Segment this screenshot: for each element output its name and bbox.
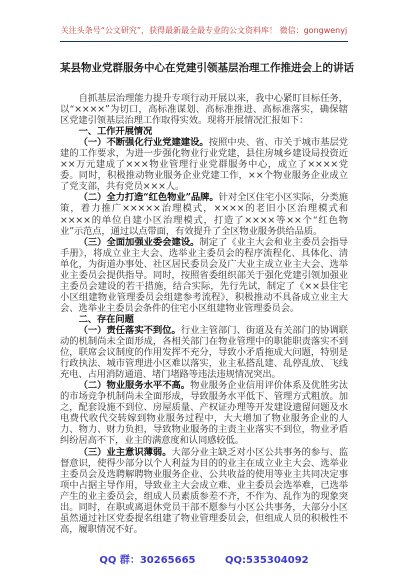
footer-contact: QQ 群：30265665 QQ:535304092 [0, 551, 408, 566]
section-heading-work-progress: 一、工作开展情况 [60, 126, 348, 137]
paragraph-red-property-brand: （二）全力打造“红色物业”品牌。针对全区住宅小区实际，分类施策，着力推广××××… [60, 192, 348, 236]
paragraph-lead: （一）不断强化行业党建建设。 [79, 137, 209, 148]
header-notice-text: 关注头条号“公文研究”，获得最新最全最专业的公文资料库！ 微信：gongweny… [61, 26, 347, 35]
paragraph-lead: （二）物业服务水平不高。 [79, 380, 191, 391]
paragraph-text: 大部分业主缺乏对小区公共事务的参与、监督意识，使得少部分以个人利益为目的的业主在… [60, 447, 348, 535]
paragraph-lead: （一）责任落实不到位。 [79, 325, 181, 336]
paragraph-intro-text: 自抓基层治理能力提升专项行动开展以来，我中心紧盯目标任务，以“××××”为切口，… [60, 93, 348, 126]
footer-qq-group: QQ 群：30265665 [99, 555, 195, 566]
paragraph-intro: 自抓基层治理能力提升专项行动开展以来，我中心紧盯目标任务，以“××××”为切口，… [60, 93, 348, 126]
paragraph-text: 制定了《业主大会和业主委员会指导手册》，将成立业主大会、选举业主委员会的程序流程… [60, 237, 348, 314]
paragraph-text: 物业服务企业信用评价体系及优胜劣汰的市场竞争机制尚未全面形成，导致服务水平低下、… [60, 380, 348, 446]
footer-qq: QQ:535304092 [225, 555, 309, 566]
paragraph-lead: （三）全面加强业委会建设。 [79, 237, 200, 248]
paragraph-lead: （三）业主意识薄弱。 [79, 447, 172, 458]
section-heading-problems: 二、存在问题 [60, 314, 348, 325]
paragraph-industry-party-building: （一）不断强化行业党建建设。按照中央、省、市关于城市基层党建的工作要求，为进一步… [60, 137, 348, 192]
document-body: 自抓基层治理能力提升专项行动开展以来，我中心紧盯目标任务，以“××××”为切口，… [60, 93, 348, 535]
document-title: 某县物业党群服务中心在党建引领基层治理工作推进会上的讲话 [60, 61, 348, 75]
document-page: 关注头条号“公文研究”，获得最新最全最专业的公文资料库！ 微信：gongweny… [0, 0, 408, 580]
paragraph-owners-committee: （三）全面加强业委会建设。制定了《业主大会和业主委员会指导手册》，将成立业主大会… [60, 237, 348, 314]
paragraph-responsibility-gap: （一）责任落实不到位。行业主管部门、街道及有关部门的协调联动的机制尚未全面形成，… [60, 325, 348, 380]
paragraph-owner-awareness: （三）业主意识薄弱。大部分业主缺乏对小区公共事务的参与、监督意识，使得少部分以个… [60, 447, 348, 535]
header-notice: 关注头条号“公文研究”，获得最新最全最专业的公文资料库！ 微信：gongweny… [60, 26, 348, 42]
paragraph-lead: （二）全力打造“红色物业”品牌。 [79, 192, 219, 203]
paragraph-service-level: （二）物业服务水平不高。物业服务企业信用评价体系及优胜劣汰的市场竞争机制尚未全面… [60, 380, 348, 446]
